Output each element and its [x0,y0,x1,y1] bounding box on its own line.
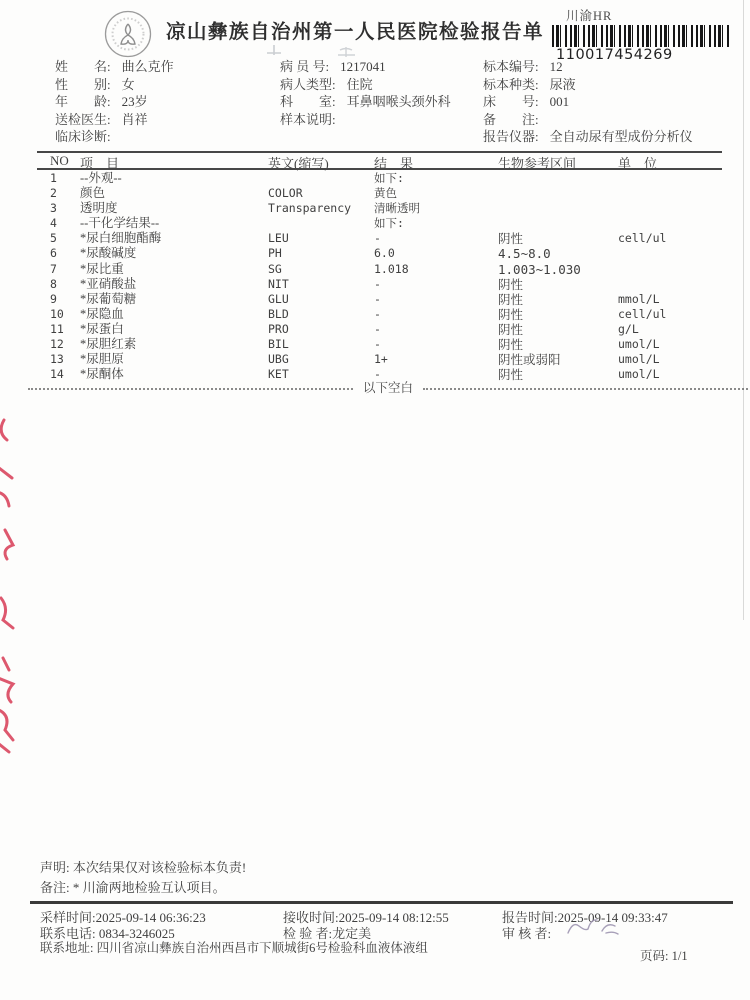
result-row: 11*尿蛋白PRO-阴性g/L [0,322,750,337]
info-label: 病 员 号: [280,59,329,74]
result-cell-result: - [374,322,381,337]
result-row: 7*尿比重SG1.0181.003~1.030 [0,262,750,277]
info-value: 女 [122,77,135,92]
result-cell-no: 8 [50,277,57,292]
result-cell-en: SG [268,262,282,277]
result-cell-result: 1+ [374,352,388,367]
info-field: 标本种类:尿液 [483,76,693,94]
result-cell-result: - [374,277,381,292]
result-cell-ref: 阴性 [498,307,523,322]
info-field: 备 注: [483,111,693,129]
result-cell-unit: g/L [618,322,639,337]
info-value: 曲么克作 [122,59,174,74]
contact-address: 联系地址: 四川省凉山彝族自治州西昌市下顺城街6号检验科血液体液组 [40,938,428,956]
info-field: 病人类型:住院 [280,76,451,94]
reviewer: 审 核 者: [502,923,551,942]
remark-line: 备注: * 川渝两地检验互认项目。 [40,877,226,896]
info-field: 科 室:耳鼻咽喉头颈外科 [280,93,451,111]
result-cell-result: - [374,292,381,307]
info-value: 001 [550,94,570,109]
info-label: 报告仪器: [483,129,539,144]
result-cell-unit: cell/ul [618,307,666,322]
info-label: 年 龄: [55,94,111,109]
network-label: 川渝HR [566,6,612,24]
result-cell-result: - [374,231,381,246]
result-cell-name: *亚硝酸盐 [80,277,136,292]
info-value: 肖祥 [122,112,148,127]
result-cell-en: LEU [268,231,289,246]
result-cell-name: --外观-- [80,171,122,186]
result-cell-en: COLOR [268,186,303,201]
info-label: 临床诊断: [55,129,111,144]
result-cell-name: *尿酸碱度 [80,246,136,261]
info-label: 科 室: [280,94,336,109]
result-cell-no: 7 [50,262,57,277]
result-cell-ref: 阴性 [498,292,523,307]
result-cell-ref: 1.003~1.030 [498,262,581,277]
end-marker-text: 以下空白 [363,378,413,396]
info-value: 12 [550,59,563,74]
result-cell-name: *尿比重 [80,262,124,277]
result-cell-name: *尿葡萄糖 [80,292,136,307]
patient-info-column-left: 姓 名:曲么克作性 别:女年 龄:23岁送检医生:肖祥临床诊断: [55,58,174,146]
info-field: 性 别:女 [55,76,174,94]
result-cell-result: - [374,337,381,352]
dotted-line-right [423,388,748,390]
statement-line: 声明: 本次结果仅对该检验标本负责! [40,857,246,876]
result-cell-no: 10 [50,307,64,322]
table-header-rule [37,168,722,170]
result-cell-result: 黄色 [374,186,397,201]
result-row: 5*尿白细胞酯酶LEU-阴性cell/ul [0,231,750,246]
result-cell-name: *尿胆原 [80,352,124,367]
info-field: 样本说明: [280,111,451,129]
info-label: 标本种类: [483,77,539,92]
result-row: 2颜色COLOR黄色 [0,186,750,201]
result-cell-ref: 阴性 [498,337,523,352]
result-cell-name: *尿白细胞酯酶 [80,231,161,246]
info-label: 姓 名: [55,59,111,74]
result-cell-en: NIT [268,277,289,292]
result-cell-en: Transparency [268,201,351,216]
info-field: 标本编号:12 [483,58,693,76]
info-label: 备 注: [483,112,539,127]
info-value: 耳鼻咽喉头颈外科 [347,94,451,109]
result-cell-name: 透明度 [80,201,118,216]
info-field: 送检医生:肖祥 [55,111,174,129]
info-label: 送检医生: [55,112,111,127]
info-field: 报告仪器:全自动尿有型成份分析仪 [483,128,693,146]
hospital-seal-icon [103,9,153,59]
result-cell-result: 1.018 [374,262,409,277]
result-cell-result: 清晰透明 [374,201,420,216]
result-cell-no: 5 [50,231,57,246]
result-cell-no: 3 [50,201,57,216]
result-cell-result: - [374,307,381,322]
result-cell-name: --干化学结果-- [80,216,159,231]
result-row: 13*尿胆原UBG1+阴性或弱阳umol/L [0,352,750,367]
result-row: 9*尿葡萄糖GLU-阴性mmol/L [0,292,750,307]
info-value: 23岁 [122,94,148,109]
result-cell-no: 13 [50,352,64,367]
result-cell-ref: 4.5~8.0 [498,246,551,261]
patient-info-column-right: 标本编号:12标本种类:尿液床 号:001备 注:报告仪器:全自动尿有型成份分析… [483,58,693,146]
info-label: 性 别: [55,77,111,92]
barcode-icon [552,25,730,47]
result-cell-en: BIL [268,337,289,352]
result-cell-unit: umol/L [618,337,660,352]
result-cell-no: 6 [50,246,57,261]
scan-edge-line [743,0,745,620]
result-row: 8*亚硝酸盐NIT-阴性 [0,277,750,292]
result-cell-en: GLU [268,292,289,307]
info-field: 姓 名:曲么克作 [55,58,174,76]
result-row: 6*尿酸碱度PH6.04.5~8.0 [0,246,750,261]
result-row: 10*尿隐血BLD-阴性cell/ul [0,307,750,322]
info-field: 临床诊断: [55,128,174,146]
page-number: 页码: 1/1 [640,946,688,964]
footer-rule [30,901,733,904]
result-cell-ref: 阴性或弱阳 [498,352,561,367]
result-cell-unit: mmol/L [618,292,660,307]
results-table-header: NO 项 目 英文(缩写) 结 果 生物参考区间 单 位 [0,153,750,169]
result-cell-en: UBG [268,352,289,367]
red-ink-edge-marks [0,412,28,764]
result-cell-ref: 阴性 [498,231,523,246]
result-cell-result: 如下: [374,171,404,186]
result-cell-no: 9 [50,292,57,307]
info-value: 尿液 [550,77,576,92]
info-value: 1217041 [340,59,386,74]
result-cell-en: PH [268,246,282,261]
info-field: 床 号:001 [483,93,693,111]
info-label: 样本说明: [280,112,336,127]
result-cell-unit: umol/L [618,352,660,367]
info-field: 年 龄:23岁 [55,93,174,111]
result-cell-result: 6.0 [374,246,395,261]
dotted-line-left [28,388,353,390]
result-cell-name: 颜色 [80,186,105,201]
result-row: 1--外观--如下: [0,171,750,186]
end-of-results-marker: 以下空白 [28,379,748,395]
results-table-body: 1--外观--如下:2颜色COLOR黄色3透明度Transparency清晰透明… [0,171,750,382]
result-row: 4--干化学结果--如下: [0,216,750,231]
result-row: 3透明度Transparency清晰透明 [0,201,750,216]
result-cell-no: 4 [50,216,57,231]
result-row: 12*尿胆红素BIL-阴性umol/L [0,337,750,352]
patient-info-column-middle: 病 员 号:1217041病人类型:住院科 室:耳鼻咽喉头颈外科样本说明: [280,58,451,128]
result-cell-no: 2 [50,186,57,201]
result-cell-unit: cell/ul [618,231,666,246]
header-no: NO [50,153,69,169]
info-field: 病 员 号:1217041 [280,58,451,76]
result-cell-no: 11 [50,322,64,337]
info-label: 标本编号: [483,59,539,74]
info-label: 床 号: [483,94,539,109]
result-cell-name: *尿蛋白 [80,322,124,337]
result-cell-ref: 阴性 [498,277,523,292]
result-cell-en: PRO [268,322,289,337]
info-label: 病人类型: [280,77,336,92]
lab-report-page: 凉山彝族自治州第一人民医院检验报告单 川渝HR 110017454269 姓 名… [0,0,750,1000]
result-cell-no: 12 [50,337,64,352]
result-cell-result: 如下: [374,216,404,231]
result-cell-name: *尿隐血 [80,307,124,322]
result-cell-ref: 阴性 [498,322,523,337]
result-cell-no: 1 [50,171,57,186]
reviewer-signature [560,915,634,941]
result-cell-name: *尿胆红素 [80,337,136,352]
result-cell-en: BLD [268,307,289,322]
info-value: 全自动尿有型成份分析仪 [550,129,693,144]
info-value: 住院 [347,77,373,92]
